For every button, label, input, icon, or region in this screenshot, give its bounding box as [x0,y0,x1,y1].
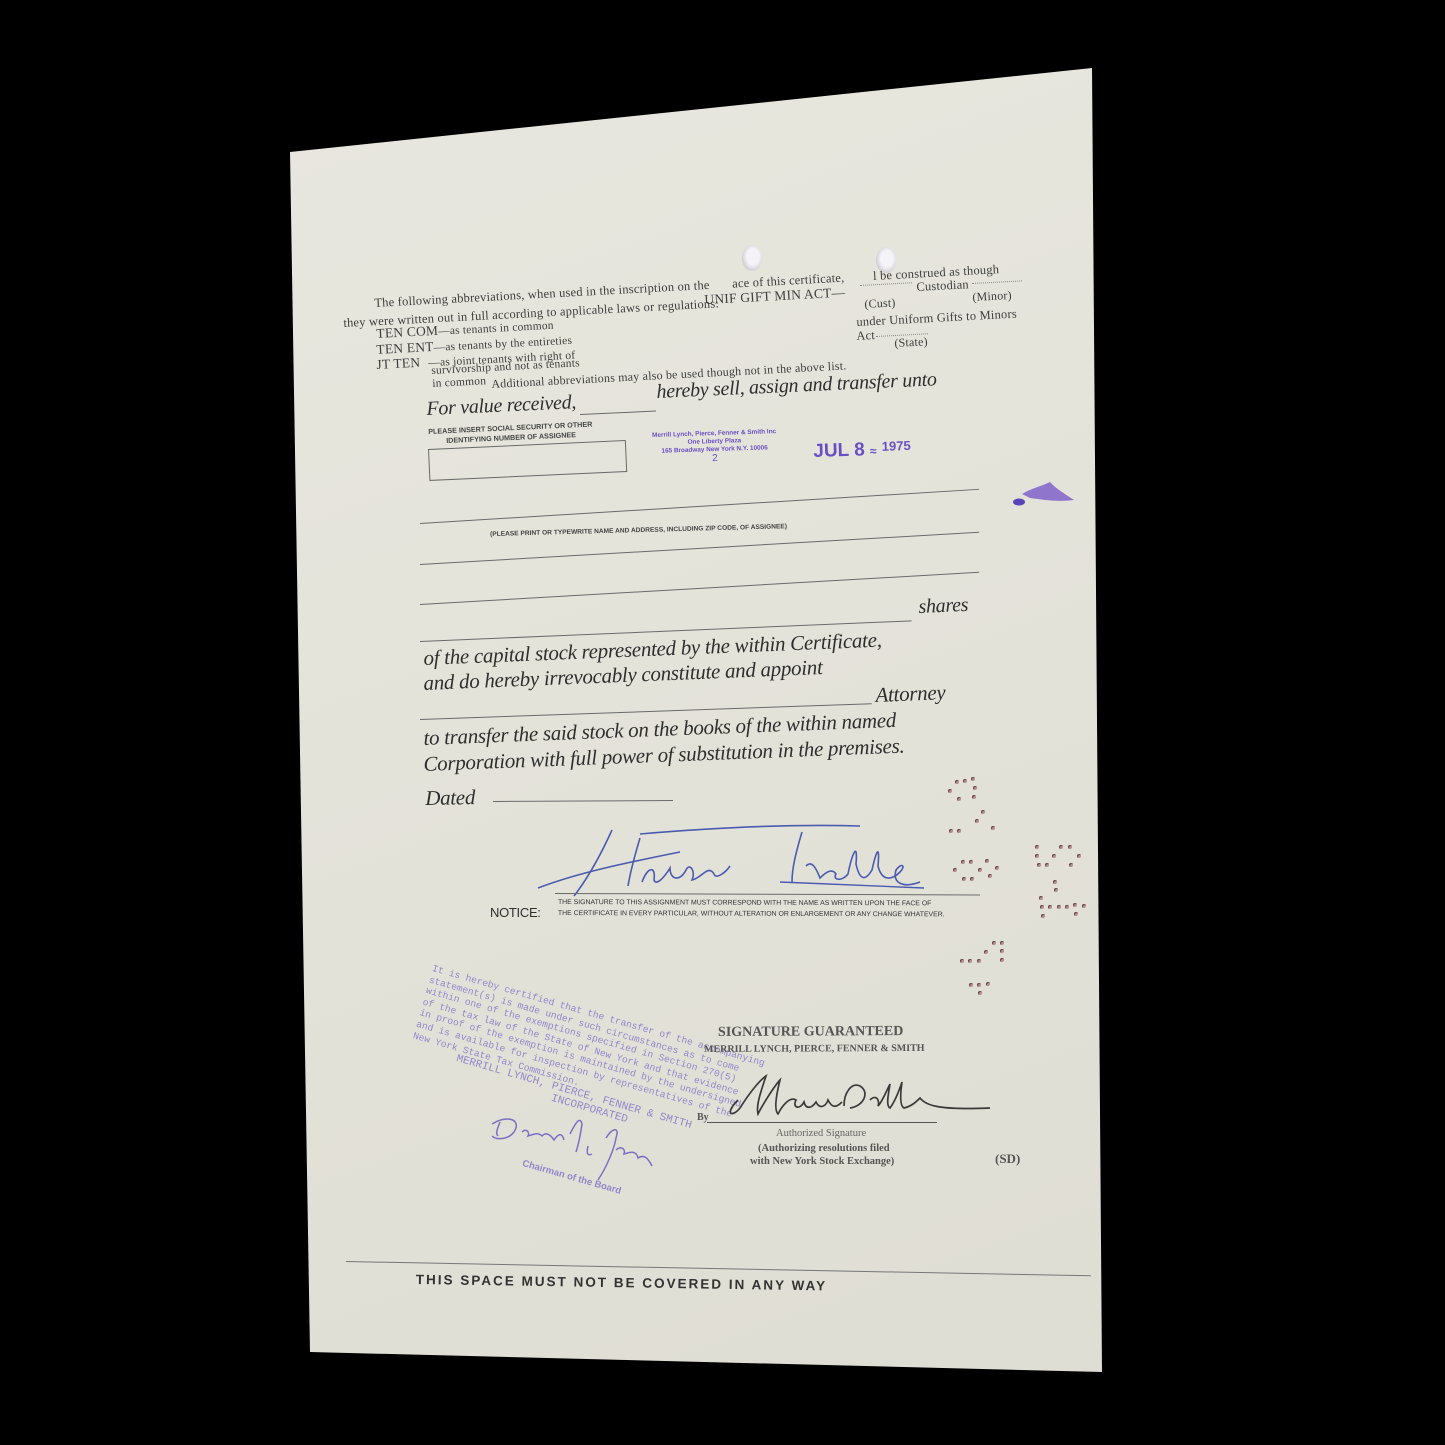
perforation-hole [991,826,995,830]
perforation-hole [1059,845,1063,849]
perforation-hole [1054,888,1058,892]
perforation-hole [1074,912,1078,916]
perforation-hole [1000,958,1004,962]
for-value-received: For value received, [426,391,576,421]
perforation-hole [948,789,952,793]
perforation-hole [970,877,974,881]
perforation-hole [978,991,982,995]
perforation-hole [985,859,989,863]
perforation-hole [1048,905,1052,909]
perforation-hole [1069,863,1073,867]
dated-line[interactable] [493,800,673,802]
perforation-hole [988,874,992,878]
notice-label: NOTICE: [490,905,541,920]
perforation-hole [1068,845,1072,849]
attorney-label: Attorney [875,680,946,708]
perforation-hole [973,786,977,790]
state-label: (State) [894,334,928,351]
name-address-label: (PLEASE PRINT OR TYPEWRITE NAME AND ADDR… [490,523,787,538]
ink-smudge [1010,478,1080,518]
holder-signature: Harold Treble [530,822,930,902]
perforation-hole [957,797,961,801]
perforation-hole [981,810,985,814]
perforation-hole [1035,845,1039,849]
resolution-line2: with New York Stock Exchange) [750,1156,894,1167]
custodian-label: Custodian [916,277,969,295]
perforation-hole [1000,949,1004,953]
resolution-line1: (Authorizing resolutions filed [758,1143,890,1154]
perforation-hole [1052,854,1056,858]
perforation-hole [1035,854,1039,858]
ssn-input-box[interactable] [428,440,627,481]
shares-label: shares [918,594,969,619]
notice-line2: THE CERTIFICATE IN EVERY PARTICULAR, WIT… [558,908,945,920]
perforation-hole [1073,903,1077,907]
perforation-hole [1057,905,1061,909]
perforation-hole [968,959,972,963]
perforation-hole [995,866,999,870]
perforation-hole [992,941,996,945]
perforation-hole [969,983,973,987]
abbrev-code: JT TEN [376,354,429,373]
perforation-hole [1045,863,1049,867]
perforation-hole [1040,905,1044,909]
date-stamp-year: 1975 [882,438,911,454]
perforation-hole [953,868,957,872]
perforation-hole [1077,854,1081,858]
authorized-signature-label: Authorized Signature [776,1128,866,1139]
perforation-hole [1082,904,1086,908]
broker-stamp: Merrill Lynch, Pierce, Fenner & Smith In… [652,428,777,466]
act-label: Act [856,328,875,344]
notice-text: THE SIGNATURE TO THIS ASSIGNMENT MUST CO… [558,897,945,920]
minor-label: (Minor) [972,288,1012,305]
assignee-line-3 [420,572,979,605]
certificate-paper: The following abbreviations, when used i… [0,0,1445,1445]
perforation-hole [962,877,966,881]
abbrev-jt-ten-cont2: in common [432,375,486,390]
perforation-hole [1037,863,1041,867]
date-stamp-day: 8 [854,439,865,460]
perforation-hole [957,829,961,833]
guarantee-code: (SD) [995,1151,1020,1167]
perforation-hole [978,868,982,872]
perforation-hole [949,829,953,833]
perforation-hole [969,860,973,864]
cust-label: (Cust) [864,295,896,312]
perforation-hole [963,779,967,783]
perforation-hole [986,982,990,986]
for-value-line [580,411,656,415]
perforation-hole [971,777,975,781]
perforation-hole [977,959,981,963]
punch-hole-left [742,245,762,271]
date-stamp: JUL 8 ≈ 1975 [813,438,911,463]
guarantee-company: MERRILL LYNCH, PIERCE, FENNER & SMITH [704,1043,925,1055]
footer-warning: THIS SPACE MUST NOT BE COVERED IN ANY WA… [416,1272,827,1293]
dated-label: Dated [425,785,475,811]
perforation-hole [1039,896,1043,900]
perforation-hole [975,819,979,823]
perforation-hole [955,780,959,784]
assignee-line-1 [420,489,979,524]
perforation-hole [1041,914,1045,918]
perforation-hole [1065,905,1069,909]
perforation-hole [984,950,988,954]
perforation-hole [960,959,964,963]
minor-blank [972,280,1022,284]
perforation-hole [977,983,981,987]
perforation-hole [972,795,976,799]
perforation-hole [1000,941,1004,945]
guarantor-signature: Marie Delille [720,1066,1000,1136]
signature-guaranteed-title: SIGNATURE GUARANTEED [718,1024,903,1041]
perforation-hole [1053,880,1057,884]
perforation-hole [961,860,965,864]
date-stamp-month: JUL [813,440,849,462]
